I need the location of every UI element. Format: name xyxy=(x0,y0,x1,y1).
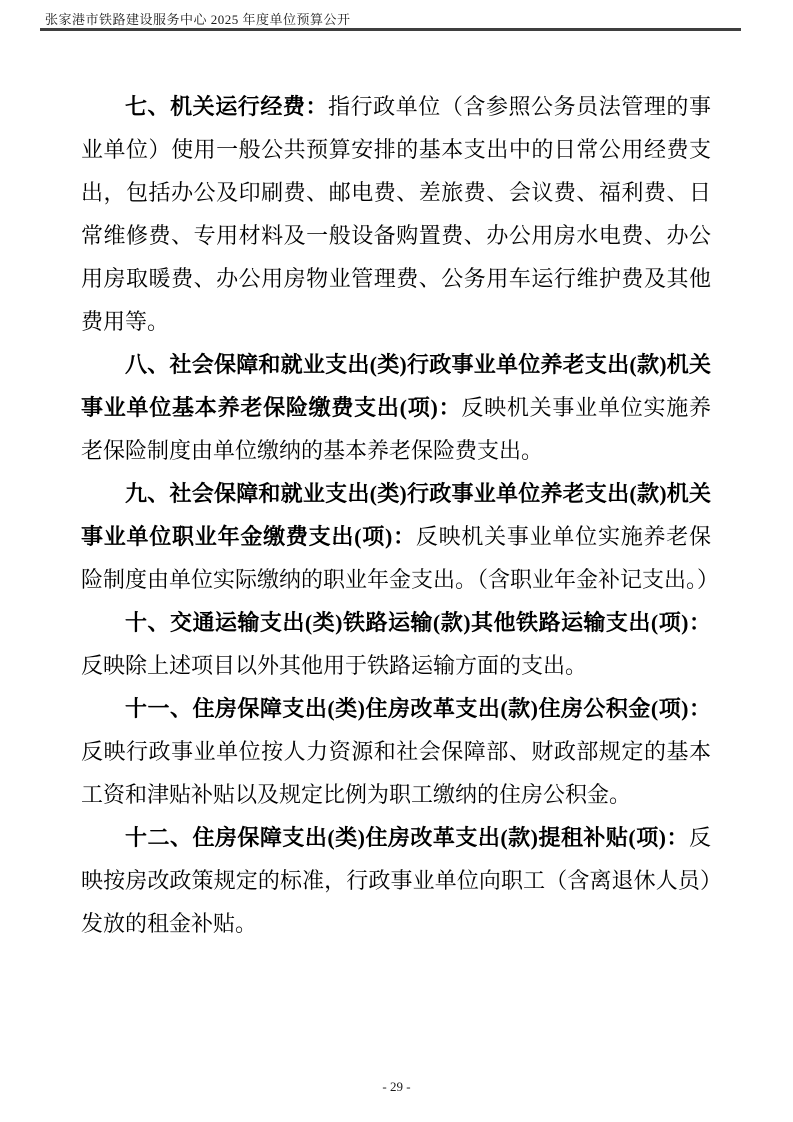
page-number: - 29 - xyxy=(382,1079,410,1094)
paragraph-7: 七、机关运行经费：指行政单位（含参照公务员法管理的事业单位）使用一般公共预算安排… xyxy=(81,85,711,343)
paragraph-11-heading: 十一、住房保障支出(类)住房改革支出(款)住房公积金(项)： xyxy=(125,696,711,721)
page-footer: - 29 - xyxy=(0,1079,793,1095)
header-rule xyxy=(40,28,741,31)
paragraph-10: 十、交通运输支出(类)铁路运输(款)其他铁路运输支出(项)：反映除上述项目以外其… xyxy=(81,601,711,687)
paragraph-12: 十二、住房保障支出(类)住房改革支出(款)提租补贴(项)：反映按房改政策规定的标… xyxy=(81,816,711,945)
paragraph-9: 九、社会保障和就业支出(类)行政事业单位养老支出(款)机关事业单位职业年金缴费支… xyxy=(81,472,711,601)
paragraph-10-heading: 十、交通运输支出(类)铁路运输(款)其他铁路运输支出(项)： xyxy=(125,610,711,635)
paragraph-7-text: 指行政单位（含参照公务员法管理的事业单位）使用一般公共预算安排的基本支出中的日常… xyxy=(81,94,711,334)
paragraph-12-heading: 十二、住房保障支出(类)住房改革支出(款)提租补贴(项)： xyxy=(125,825,689,850)
page-header-title: 张家港市铁路建设服务中心 2025 年度单位预算公开 xyxy=(45,12,351,28)
paragraph-8: 八、社会保障和就业支出(类)行政事业单位养老支出(款)机关事业单位基本养老保险缴… xyxy=(81,343,711,472)
paragraph-7-heading: 七、机关运行经费： xyxy=(125,94,328,119)
document-page: 张家港市铁路建设服务中心 2025 年度单位预算公开 七、机关运行经费：指行政单… xyxy=(0,0,793,1122)
paragraph-11-text: 反映行政事业单位按人力资源和社会保障部、财政部规定的基本工资和津贴补贴以及规定比… xyxy=(81,739,711,807)
document-body: 七、机关运行经费：指行政单位（含参照公务员法管理的事业单位）使用一般公共预算安排… xyxy=(81,85,711,945)
paragraph-11: 十一、住房保障支出(类)住房改革支出(款)住房公积金(项)：反映行政事业单位按人… xyxy=(81,687,711,816)
paragraph-10-text: 反映除上述项目以外其他用于铁路运输方面的支出。 xyxy=(81,653,587,678)
